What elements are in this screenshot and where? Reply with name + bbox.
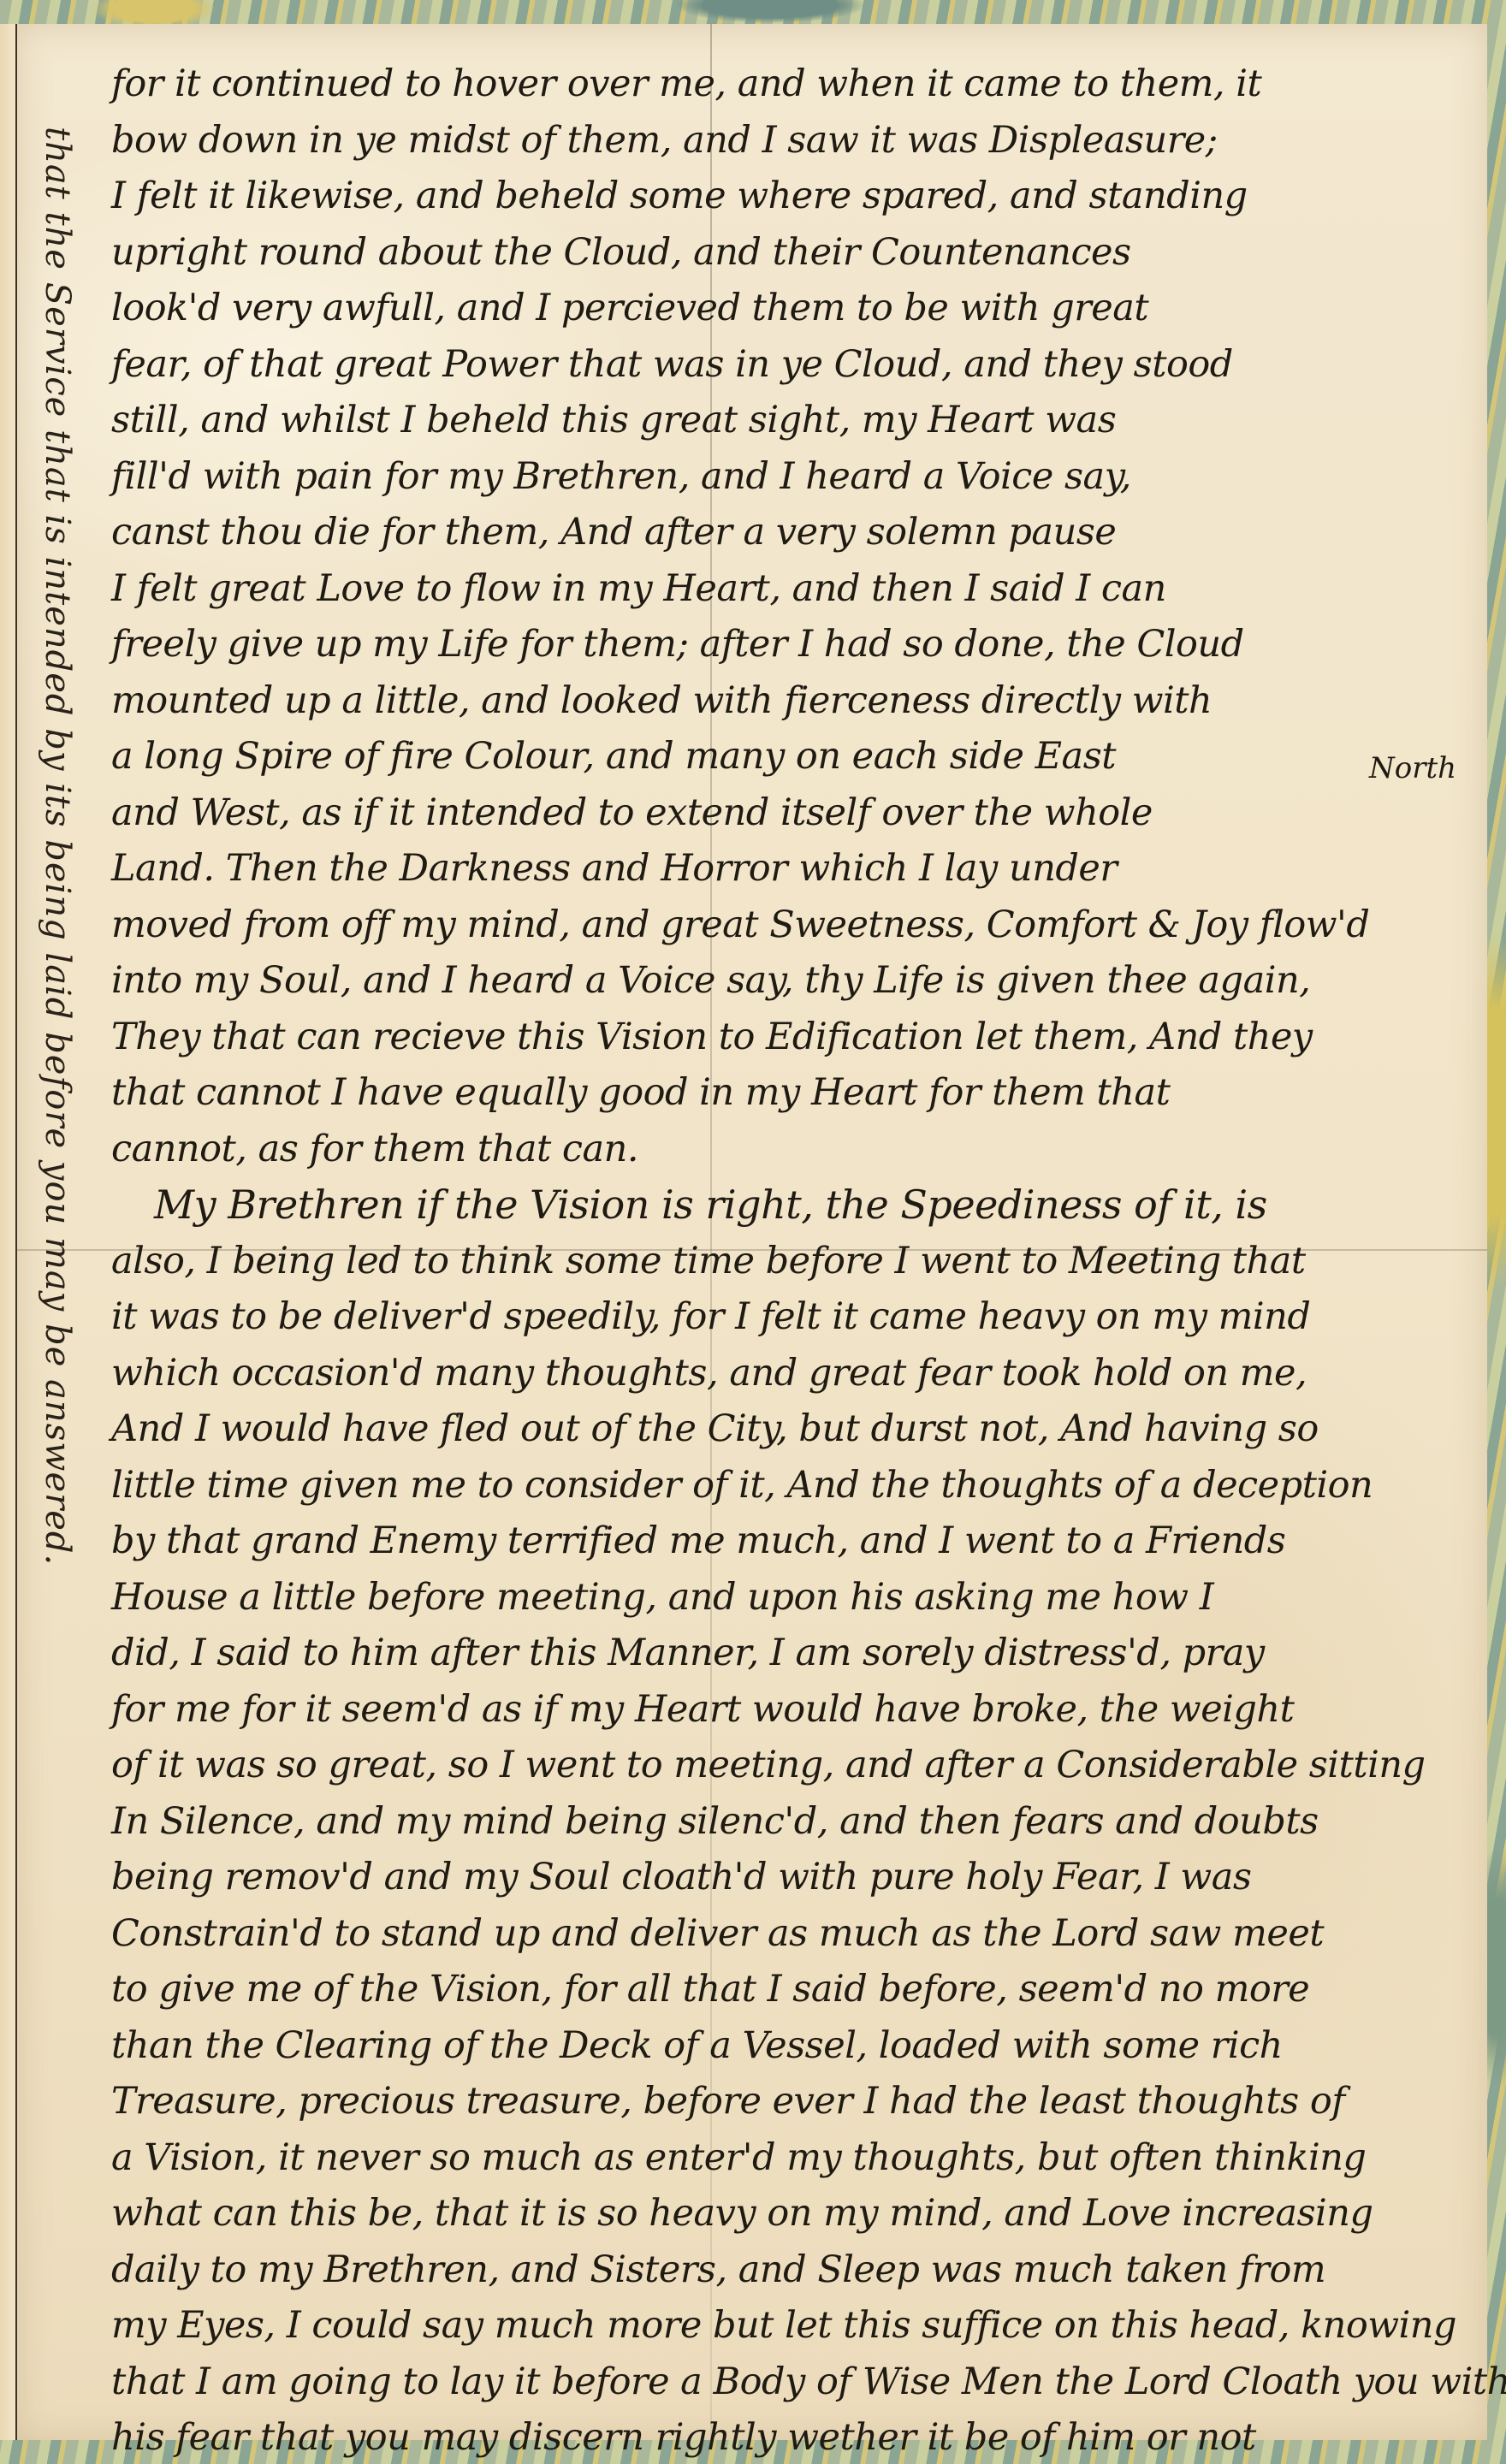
text-line: to give me of the Vision, for all that I…: [111, 1962, 1480, 2018]
text-line: still, and whilst I beheld this great si…: [111, 393, 1480, 449]
text-line: also, I being led to think some time bef…: [111, 1234, 1480, 1290]
text-line: what can this be, that it is so heavy on…: [111, 2186, 1480, 2242]
text-line: Constrain'd to stand up and deliver as m…: [111, 1906, 1480, 1963]
text-line: cannot, as for them that can.: [111, 1122, 1480, 1178]
text-line: I felt great Love to flow in my Heart, a…: [111, 561, 1480, 618]
text-line: fill'd with pain for my Brethren, and I …: [111, 449, 1480, 506]
text-line: House a little before meeting, and upon …: [111, 1570, 1480, 1626]
text-line: that cannot I have equally good in my He…: [111, 1065, 1480, 1122]
text-line: Land. Then the Darkness and Horror which…: [111, 841, 1480, 897]
text-line: for it continued to hover over me, and w…: [111, 56, 1480, 113]
binding-edge: [0, 24, 16, 2440]
manuscript-page: that the Service that is intended by its…: [15, 24, 1487, 2440]
text-line: In Silence, and my mind being silenc'd, …: [111, 1794, 1480, 1851]
manuscript-text: for it continued to hover over me, and w…: [111, 56, 1480, 2464]
text-line: it was to be deliver'd speedily, for I f…: [111, 1289, 1480, 1346]
text-line: for me for it seem'd as if my Heart woul…: [111, 1682, 1480, 1738]
text-line: look'd very awfull, and I percieved them…: [111, 281, 1480, 337]
text-line: upright round about the Cloud, and their…: [111, 225, 1480, 281]
text-line: mounted up a little, and looked with fie…: [111, 673, 1480, 730]
text-line: of it was so great, so I went to meeting…: [111, 1738, 1480, 1794]
text-line: I felt it likewise, and beheld some wher…: [111, 169, 1480, 225]
text-line: and West, as if it intended to extend it…: [111, 785, 1480, 842]
text-line: daily to my Brethren, and Sisters, and S…: [111, 2242, 1480, 2299]
text-line: did, I said to him after this Manner, I …: [111, 1626, 1480, 1682]
text-line: into my Soul, and I heard a Voice say, t…: [111, 953, 1480, 1010]
text-line: my Eyes, I could say much more but let t…: [111, 2298, 1480, 2354]
paragraph-start-line: My Brethren if the Vision is right, the …: [111, 1177, 1480, 1234]
text-line: Treasure, precious treasure, before ever…: [111, 2074, 1480, 2130]
text-line: They that can recieve this Vision to Edi…: [111, 1010, 1480, 1066]
text-line: canst thou die for them, And after a ver…: [111, 505, 1480, 561]
text-line: And I would have fled out of the City, b…: [111, 1401, 1480, 1458]
text-line: freely give up my Life for them; after I…: [111, 617, 1480, 673]
text-line: moved from off my mind, and great Sweetn…: [111, 897, 1480, 954]
margin-note: that the Service that is intended by its…: [26, 127, 77, 1632]
text-line: than the Clearing of the Deck of a Vesse…: [111, 2018, 1480, 2075]
text-line: which occasion'd many thoughts, and grea…: [111, 1346, 1480, 1402]
text-line: a Vision, it never so much as enter'd my…: [111, 2130, 1480, 2187]
text-line: fear, of that great Power that was in ye…: [111, 337, 1480, 394]
text-line: a long Spire of fire Colour, and many on…: [111, 729, 1480, 785]
text-line: his fear that you may discern rightly we…: [111, 2410, 1480, 2464]
text-line: that I am going to lay it before a Body …: [111, 2354, 1480, 2411]
text-line: by that grand Enemy terrified me much, a…: [111, 1513, 1480, 1570]
text-line: little time given me to consider of it, …: [111, 1458, 1480, 1514]
text-line: bow down in ye midst of them, and I saw …: [111, 113, 1480, 169]
text-line: being remov'd and my Soul cloath'd with …: [111, 1850, 1480, 1906]
